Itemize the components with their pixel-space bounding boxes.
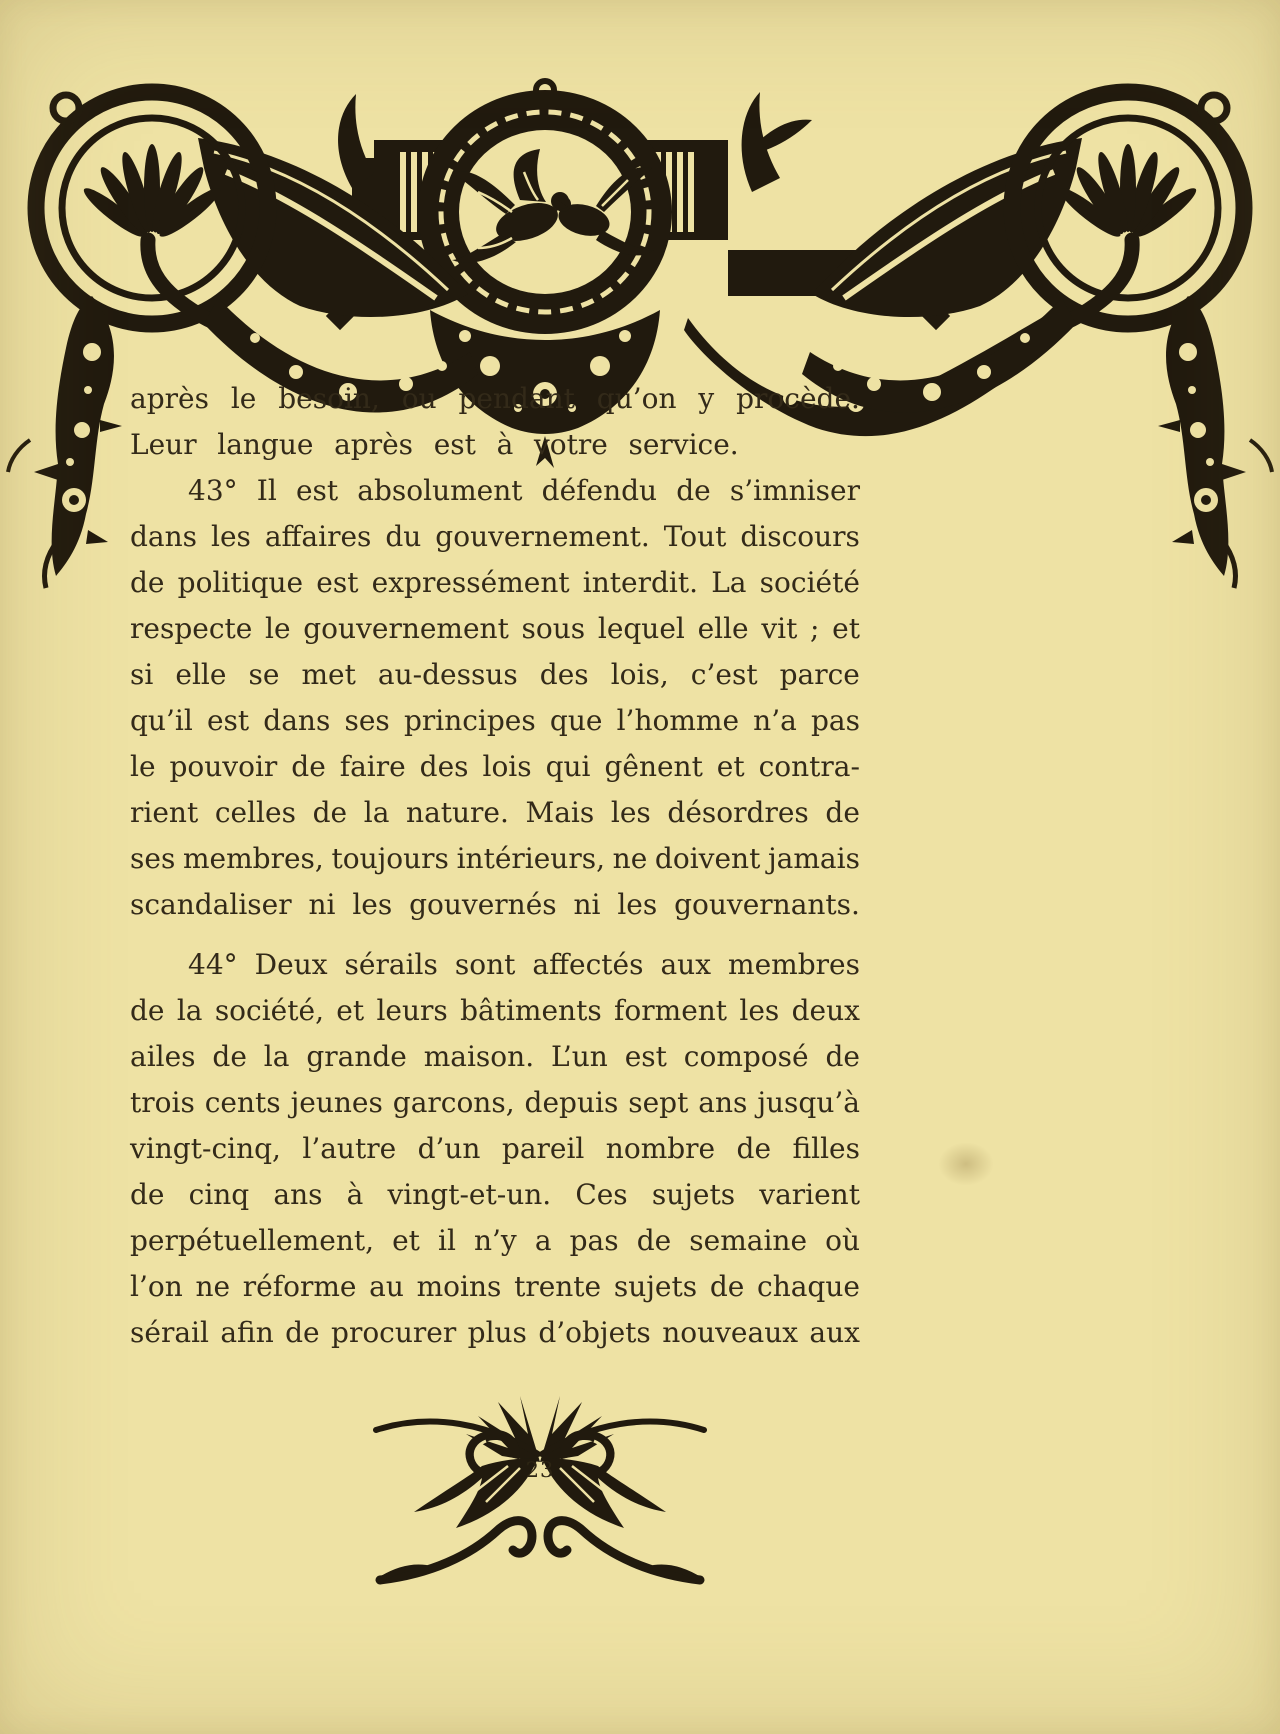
text-line: lepouvoirdefairedesloisquigênentetcontra… [130, 744, 860, 790]
text-line: 43°Ilestabsolumentdéfendudes’imniser [130, 468, 860, 514]
text-line: 44°Deuxsérailssontaffectésauxmembres [130, 942, 860, 988]
text-line: perpétuellement,etiln’yapasdesemaineoù [130, 1218, 860, 1264]
text-line: scandalisernilesgouvernésnilesgouvernant… [130, 882, 860, 928]
text-line: l’onneréformeaumoinstrentesujetsdechaque [130, 1264, 860, 1310]
text-line: respectelegouvernementsouslequelellevit;… [130, 606, 860, 652]
text-block: aprèslebesoin,oupendantqu’onyprocède.Leu… [130, 376, 860, 1356]
text-line: decinqansàvingt-et-un.Cessujetsvarient [130, 1172, 860, 1218]
page-number: 23 [526, 1458, 555, 1482]
entablature-band [292, 92, 968, 330]
text-line: Leur langue après est à votre service. [130, 422, 860, 468]
doves [452, 149, 654, 263]
text-line: rientcellesdelanature.Maislesdésordresde [130, 790, 860, 836]
paper-smudge [938, 1142, 994, 1186]
text-line: danslesaffairesdugouvernement.Toutdiscou… [130, 514, 860, 560]
text-line: troiscentsjeunesgarcons,depuisseptansjus… [130, 1080, 860, 1126]
footer-ornament: 23 [368, 1382, 712, 1618]
text-line: qu’ilestdanssesprincipesquel’hommen’apas [130, 698, 860, 744]
text-line: sérailafindeprocurerplusd’objetsnouveaux… [130, 1310, 860, 1356]
book-page: aprèslebesoin,oupendantqu’onyprocède.Leu… [0, 0, 1280, 1734]
text-line: siellesemetau-dessusdeslois,c’estparce [130, 652, 860, 698]
text-line: depolitiqueestexpressémentinterdit.Lasoc… [130, 560, 860, 606]
footer-engraving-illustration [368, 1382, 712, 1618]
leaf-crown [466, 1396, 614, 1462]
text-line: ailesdelagrandemaison.L’unestcomposéde [130, 1034, 860, 1080]
paragraph: 44°Deuxsérailssontaffectésauxmembresdela… [130, 942, 860, 1356]
right-scroll-rosette [802, 92, 1272, 588]
paragraph: aprèslebesoin,oupendantqu’onyprocède.Leu… [130, 376, 860, 468]
paragraph: 43°Ilestabsolumentdéfendudes’imniserdans… [130, 468, 860, 928]
text-line: aprèslebesoin,oupendantqu’onyprocède. [130, 376, 860, 422]
text-line: delasociété,etleursbâtimentsformentlesde… [130, 988, 860, 1034]
text-line: vingt-cinq,l’autred’unpareilnombredefill… [130, 1126, 860, 1172]
text-line: sesmembres,toujoursintérieurs,nedoiventj… [130, 836, 860, 882]
